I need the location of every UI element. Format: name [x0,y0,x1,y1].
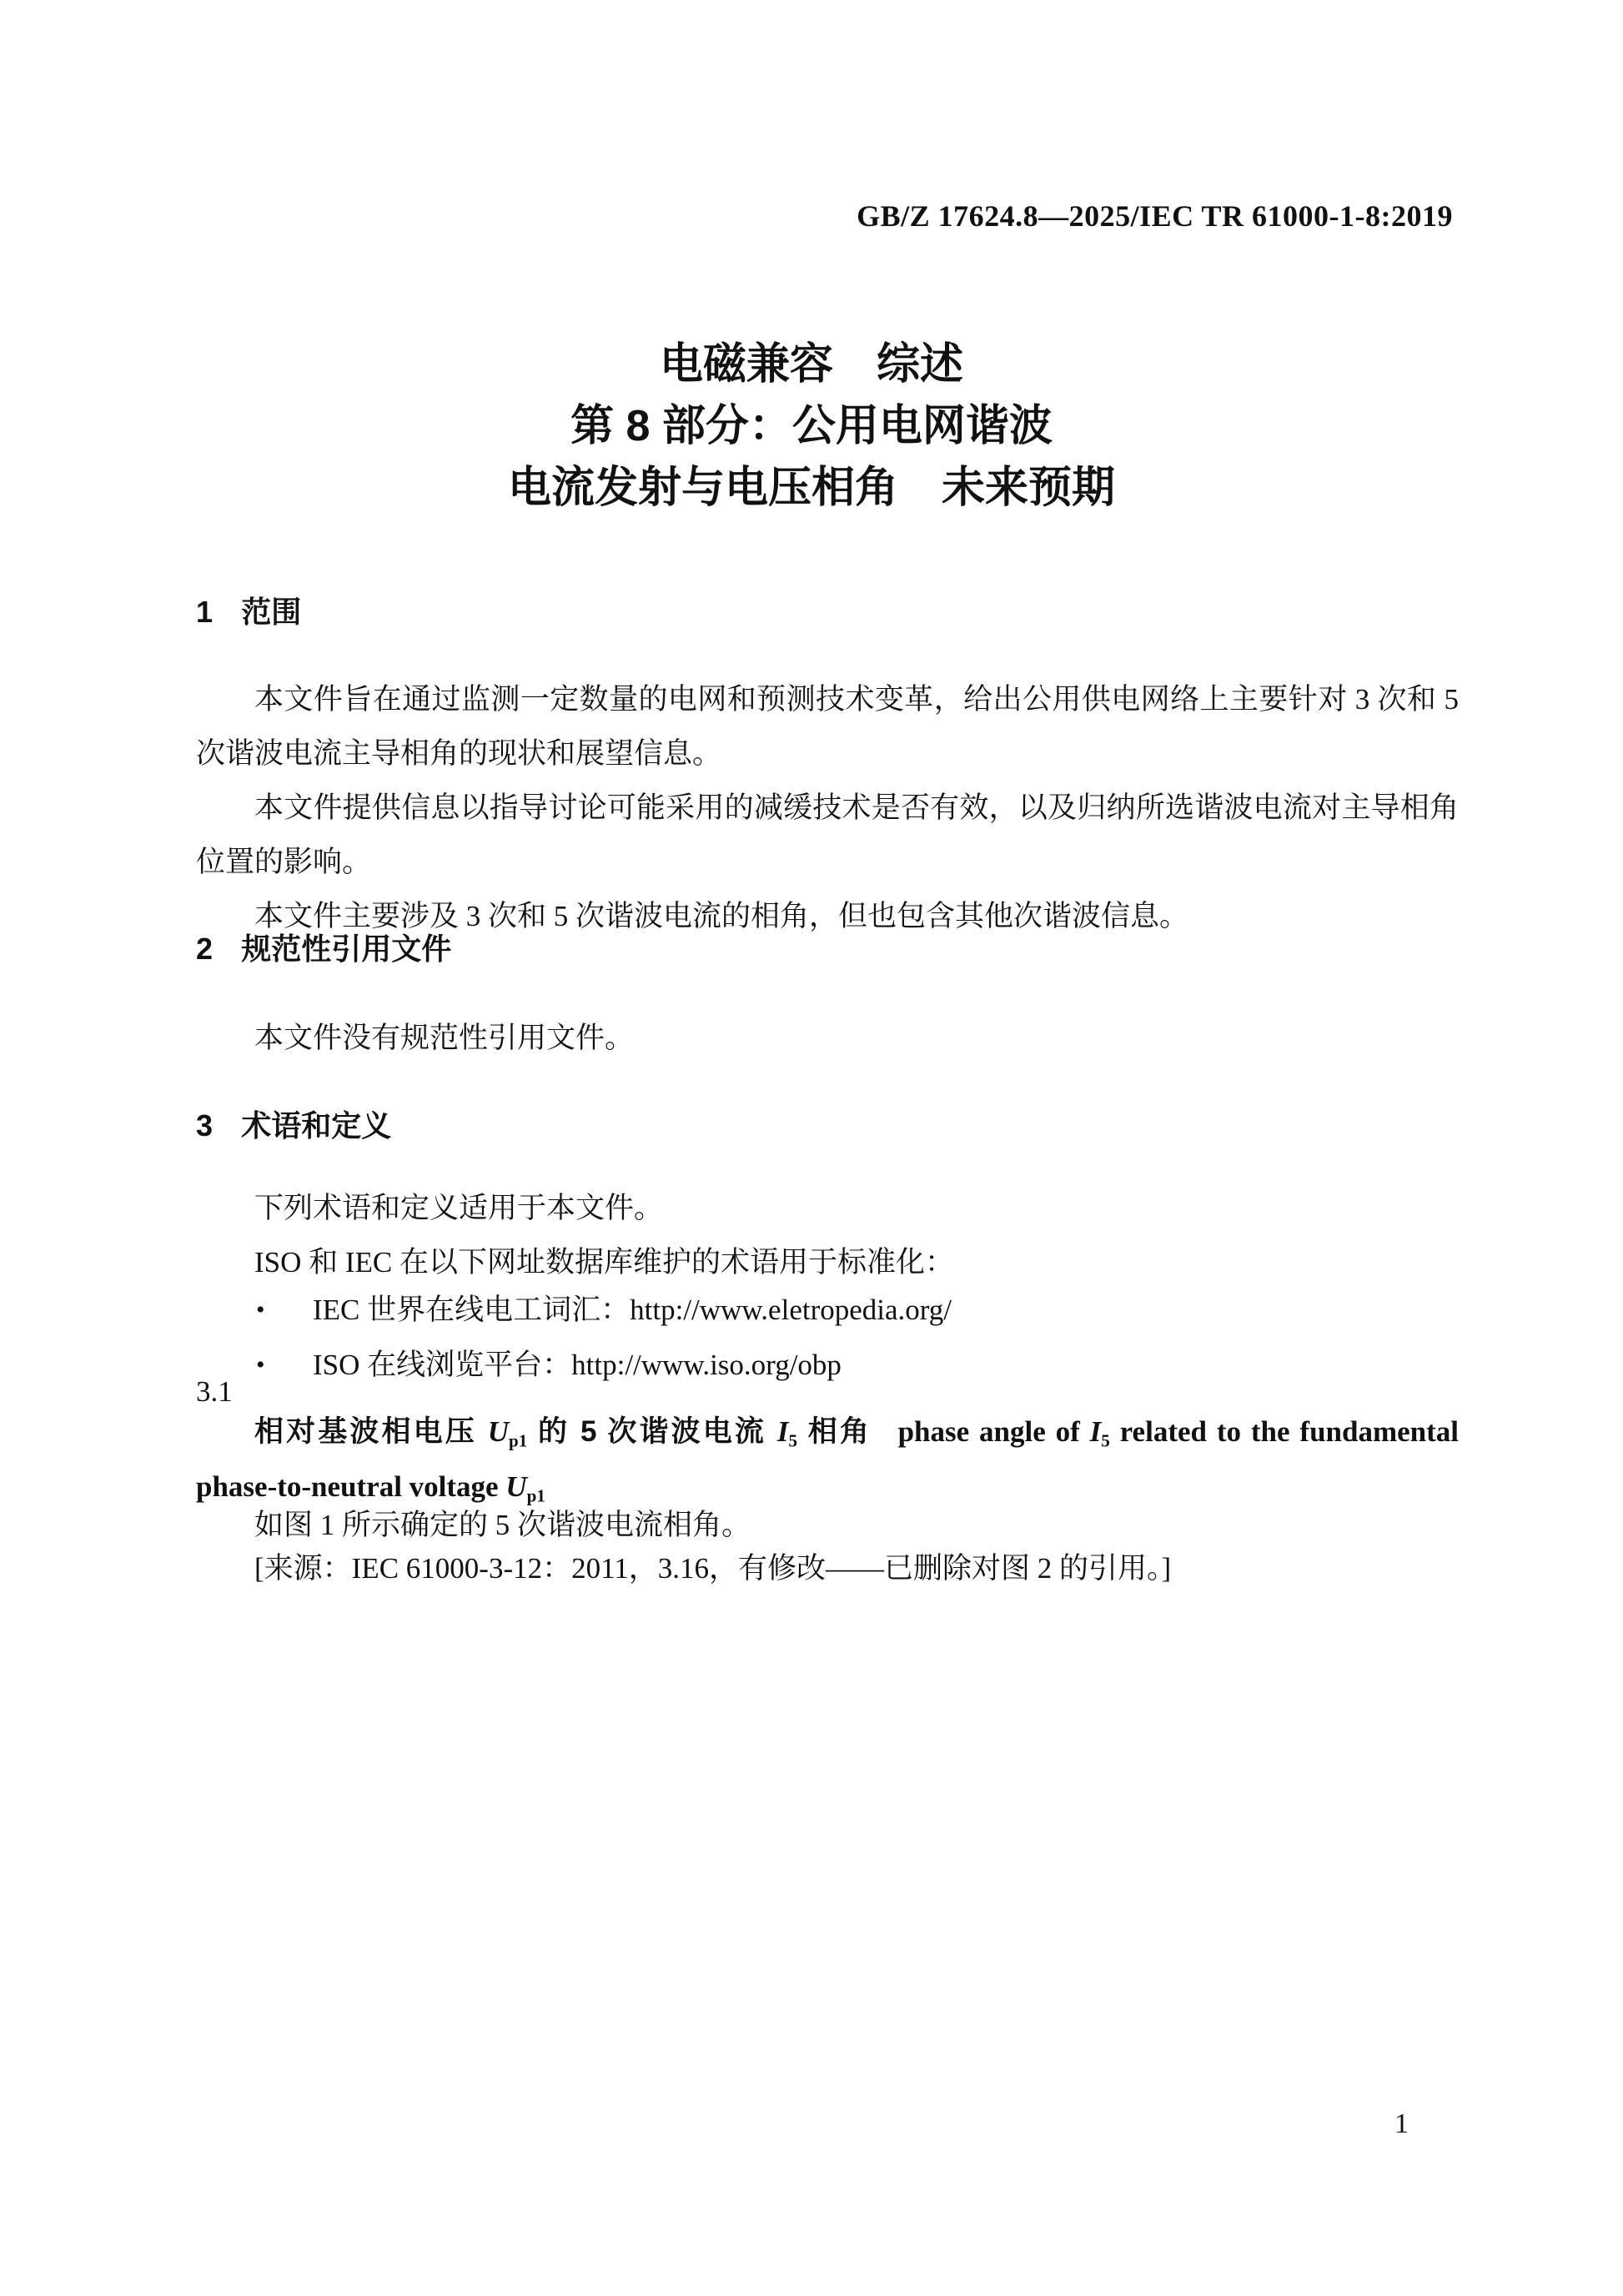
list-item: • IEC 世界在线电工词汇：http://www.eletropedia.or… [196,1283,1459,1338]
term-en-part-1: phase angle of [898,1415,1090,1448]
bullet-icon: • [256,1283,265,1338]
title-line-2: 第 8 部分：公用电网谐波 [0,395,1623,457]
section-1-heading: 1范围 [196,594,301,631]
section-2-number: 2 [196,931,213,967]
title-line-3: 电流发射与电压相角 未来预期 [0,457,1623,519]
document-page: GB/Z 17624.8—2025/IEC TR 61000-1-8:2019 … [0,0,1623,2296]
term-zh-part-2: 的 5 次谐波电流 [527,1415,777,1448]
list-item-text: IEC 世界在线电工词汇：http://www.eletropedia.org/ [313,1283,952,1338]
section-3-title: 术语和定义 [241,1108,391,1143]
document-title: 电磁兼容 综述 第 8 部分：公用电网谐波 电流发射与电压相角 未来预期 [0,334,1623,519]
symbol-u: U [488,1415,509,1448]
standard-code-header: GB/Z 17624.8—2025/IEC TR 61000-1-8:2019 [857,198,1453,234]
symbol-i-en-subscript: 5 [1101,1430,1110,1450]
page-number: 1 [1394,2108,1409,2140]
section-1-number: 1 [196,594,213,631]
section-3-number: 3 [196,1108,213,1144]
section-2-paragraph-1: 本文件没有规范性引用文件。 [196,1011,1459,1065]
section-3-heading: 3术语和定义 [196,1108,391,1144]
symbol-i-subscript: 5 [788,1430,797,1450]
section-1-paragraph-1: 本文件旨在通过监测一定数量的电网和预测技术变革，给出公用供电网络上主要针对 3 … [196,672,1459,781]
title-line-1: 电磁兼容 综述 [0,334,1623,395]
symbol-i-en: I [1090,1415,1102,1448]
section-2-heading: 2规范性引用文件 [196,931,451,967]
term-3-1-source: [来源：IEC 61000-3-12：2011，3.16，有修改——已删除对图 … [196,1541,1459,1595]
symbol-u-subscript: p1 [509,1430,527,1450]
term-zh-part-3: 相角 [797,1415,872,1448]
section-3-intro-2: ISO 和 IEC 在以下网址数据库维护的术语用于标准化： [196,1235,1459,1289]
section-1-paragraph-2: 本文件提供信息以指导讨论可能采用的减缓技术是否有效，以及归纳所选谐波电流对主导相… [196,781,1459,889]
section-1-title: 范围 [241,595,301,629]
term-zh-part-1: 相对基波相电压 [254,1415,488,1448]
section-2-title: 规范性引用文件 [241,932,451,966]
section-3-intro-1: 下列术语和定义适用于本文件。 [196,1181,1459,1235]
symbol-i: I [777,1415,789,1448]
